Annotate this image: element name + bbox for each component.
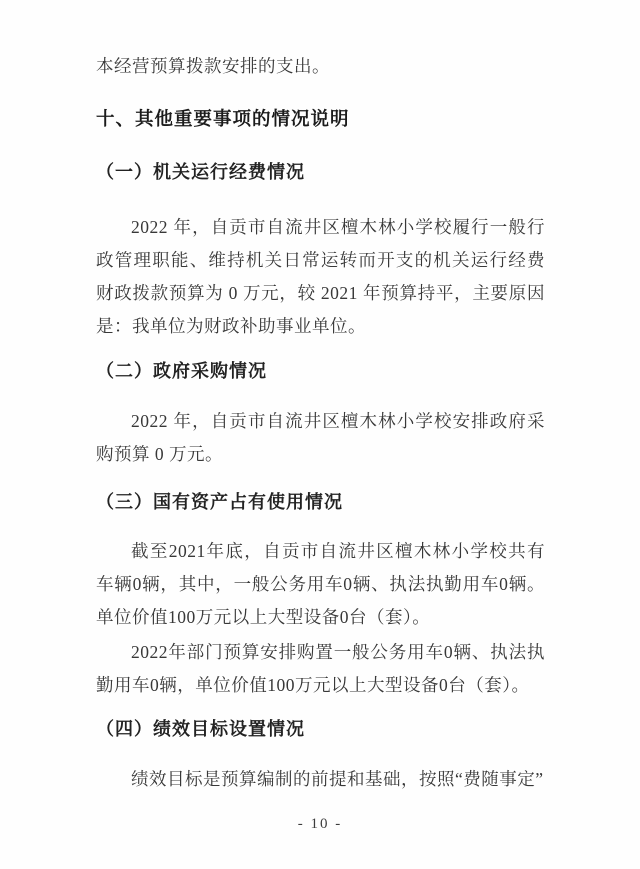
section-2-heading: （二）政府采购情况 xyxy=(96,358,545,384)
continuation-paragraph: 本经营预算拨款安排的支出。 xyxy=(96,50,545,83)
section-1-paragraph: 2022 年，自贡市自流井区檀木林小学校履行一般行政管理职能、维持机关日常运转而… xyxy=(96,211,545,343)
section-3-paragraph-2: 2022年部门预算安排购置一般公务用车0辆、执法执勤用车0辆，单位价值100万元… xyxy=(96,636,545,702)
section-4-heading: （四）绩效目标设置情况 xyxy=(96,716,545,742)
document-page: 本经营预算拨款安排的支出。 十、其他重要事项的情况说明 （一）机关运行经费情况 … xyxy=(0,0,640,869)
section-2-paragraph: 2022 年，自贡市自流井区檀木林小学校安排政府采购预算 0 万元。 xyxy=(96,405,545,471)
page-number: - 10 - xyxy=(0,814,640,834)
main-heading: 十、其他重要事项的情况说明 xyxy=(96,106,545,132)
section-3-heading: （三）国有资产占有使用情况 xyxy=(96,489,545,515)
section-1-heading: （一）机关运行经费情况 xyxy=(96,159,545,185)
section-4-paragraph: 绩效目标是预算编制的前提和基础，按照“费随事定” xyxy=(96,763,545,796)
section-3-paragraph-1: 截至2021年底，自贡市自流井区檀木林小学校共有车辆0辆，其中，一般公务用车0辆… xyxy=(96,535,545,634)
